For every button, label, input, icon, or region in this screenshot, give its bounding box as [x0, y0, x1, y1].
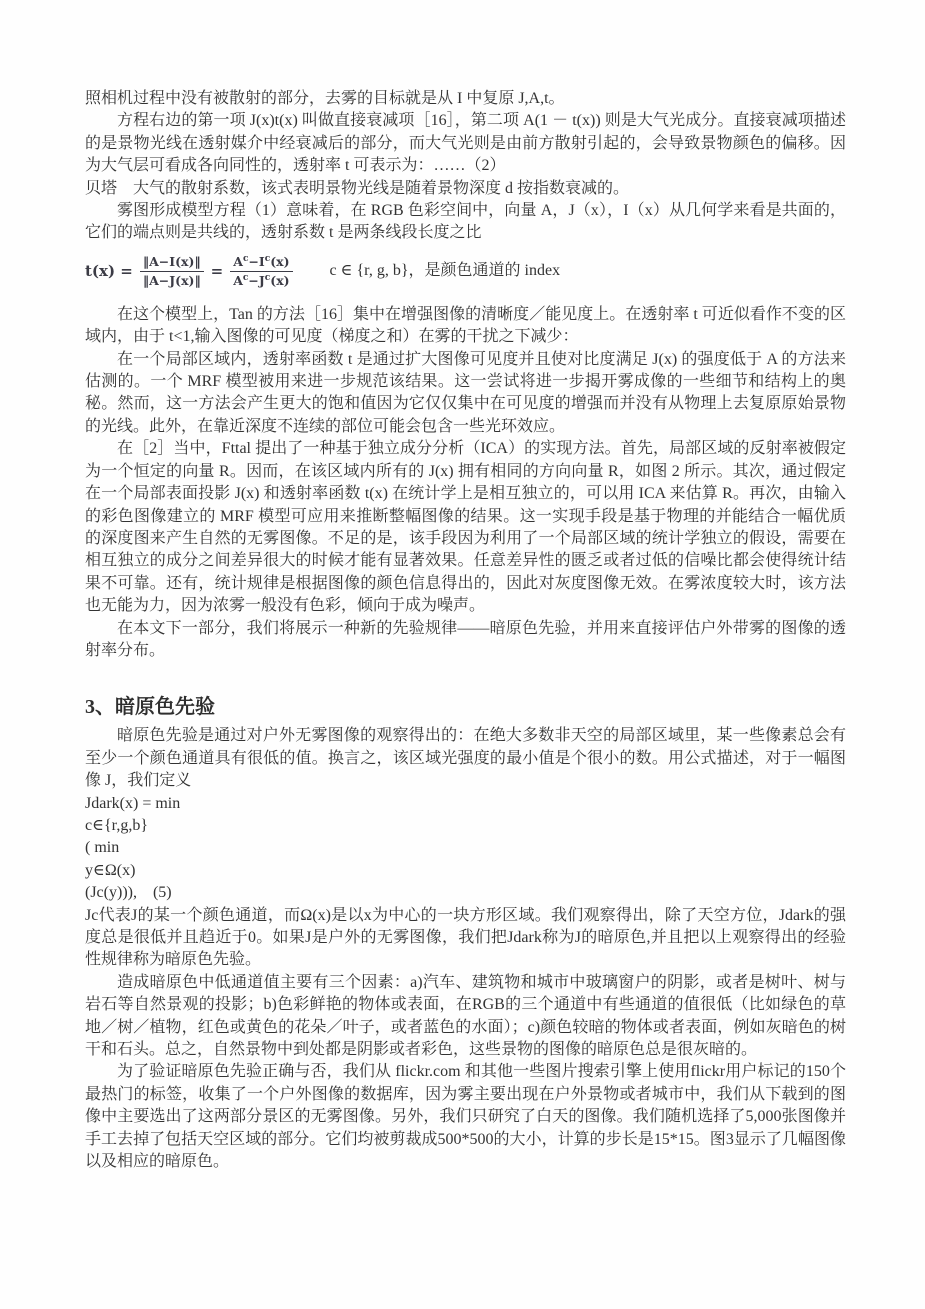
fraction-denominator: Ac−Jc(x) [233, 272, 289, 289]
fraction-numerator: ‖A−I(x)‖ [140, 254, 204, 272]
section-heading-dark-channel-prior: 3、暗原色先验 [85, 694, 846, 720]
paragraph-direct-attenuation: 方程右边的第一项 J(x)t(x) 叫做直接衰减项［16］，第二项 A(1 － … [85, 110, 846, 177]
equation-dark-channel-definition: Jdark(x) = min c∈{r,g,b} ( min y∈Ω(x) (J… [85, 793, 846, 905]
paragraph-low-channel-factors: 造成暗原色中低通道值主要有三个因素：a)汽车、建筑物和城市中玻璃窗户的阴影，或者… [85, 972, 846, 1062]
equation-line-jc-number: (Jc(y))), (5) [85, 882, 846, 904]
paragraph-local-region-estimation: 在一个局部区域内，透射率函数 t 是通过扩大图像可见度并且使对比度满足 J(x)… [85, 349, 846, 439]
paragraph-flickr-dataset: 为了验证暗原色先验正确与否，我们从 flickr.com 和其他一些图片搜索引擎… [85, 1061, 846, 1173]
paragraph-next-section-intro: 在本文下一部分，我们将展示一种新的先验规律——暗原色先验，并用来直接评估户外带雾… [85, 618, 846, 663]
equation-fraction-norms: ‖A−I(x)‖ ‖A−J(x)‖ [140, 254, 204, 289]
paragraph-fattal-ica: 在［2］当中，Fttal 提出了一种基于独立成分分析（ICA）的实现方法。首先，… [85, 438, 846, 617]
fraction-denominator: ‖A−J(x)‖ [143, 272, 201, 289]
equation-transmission-ratio: t(x) = ‖A−I(x)‖ ‖A−J(x)‖ = Ac−Ic(x) Ac−J… [85, 254, 846, 289]
paragraph-dehaze-goal: 照相机过程中没有被散射的部分，去雾的目标就是从 I 中复原 J,A,t。 [85, 88, 846, 110]
equation-equals-sign: = [211, 260, 224, 282]
paragraph-jc-explanation: Jc代表J的某一个颜色通道，而Ω(x)是以x为中心的一块方形区域。我们观察得出，… [85, 905, 846, 972]
equation-fraction-channels: Ac−Ic(x) Ac−Jc(x) [230, 254, 292, 289]
paragraph-prior-observation: 暗原色先验是通过对户外无雾图像的观察得出的：在绝大多数非天空的局部区域里，某一些… [85, 725, 846, 792]
equation-line-omega: y∈Ω(x) [85, 860, 846, 882]
equation-line-channel-set: c∈{r,g,b} [85, 815, 846, 837]
equation-line-min: ( min [85, 837, 846, 859]
equation-lhs: t(x) = [85, 260, 133, 282]
paragraph-geometry-model: 雾图形成模型方程（1）意味着，在 RGB 色彩空间中，向量 A，J（x），I（x… [85, 200, 846, 245]
equation-channel-note: c ∈ {r, g, b}，是颜色通道的 index [330, 260, 561, 282]
document-page: 照相机过程中没有被散射的部分，去雾的目标就是从 I 中复原 J,A,t。 方程右… [0, 0, 925, 1309]
equation-line-jdark: Jdark(x) = min [85, 793, 846, 815]
paragraph-beta-coefficient: 贝塔 大气的散射系数，该式表明景物光线是随着景物深度 d 按指数衰减的。 [85, 178, 846, 200]
fraction-numerator: Ac−Ic(x) [230, 254, 292, 272]
paragraph-tan-method: 在这个模型上，Tan 的方法［16］集中在增强图像的清晰度／能见度上。在透射率 … [85, 304, 846, 349]
